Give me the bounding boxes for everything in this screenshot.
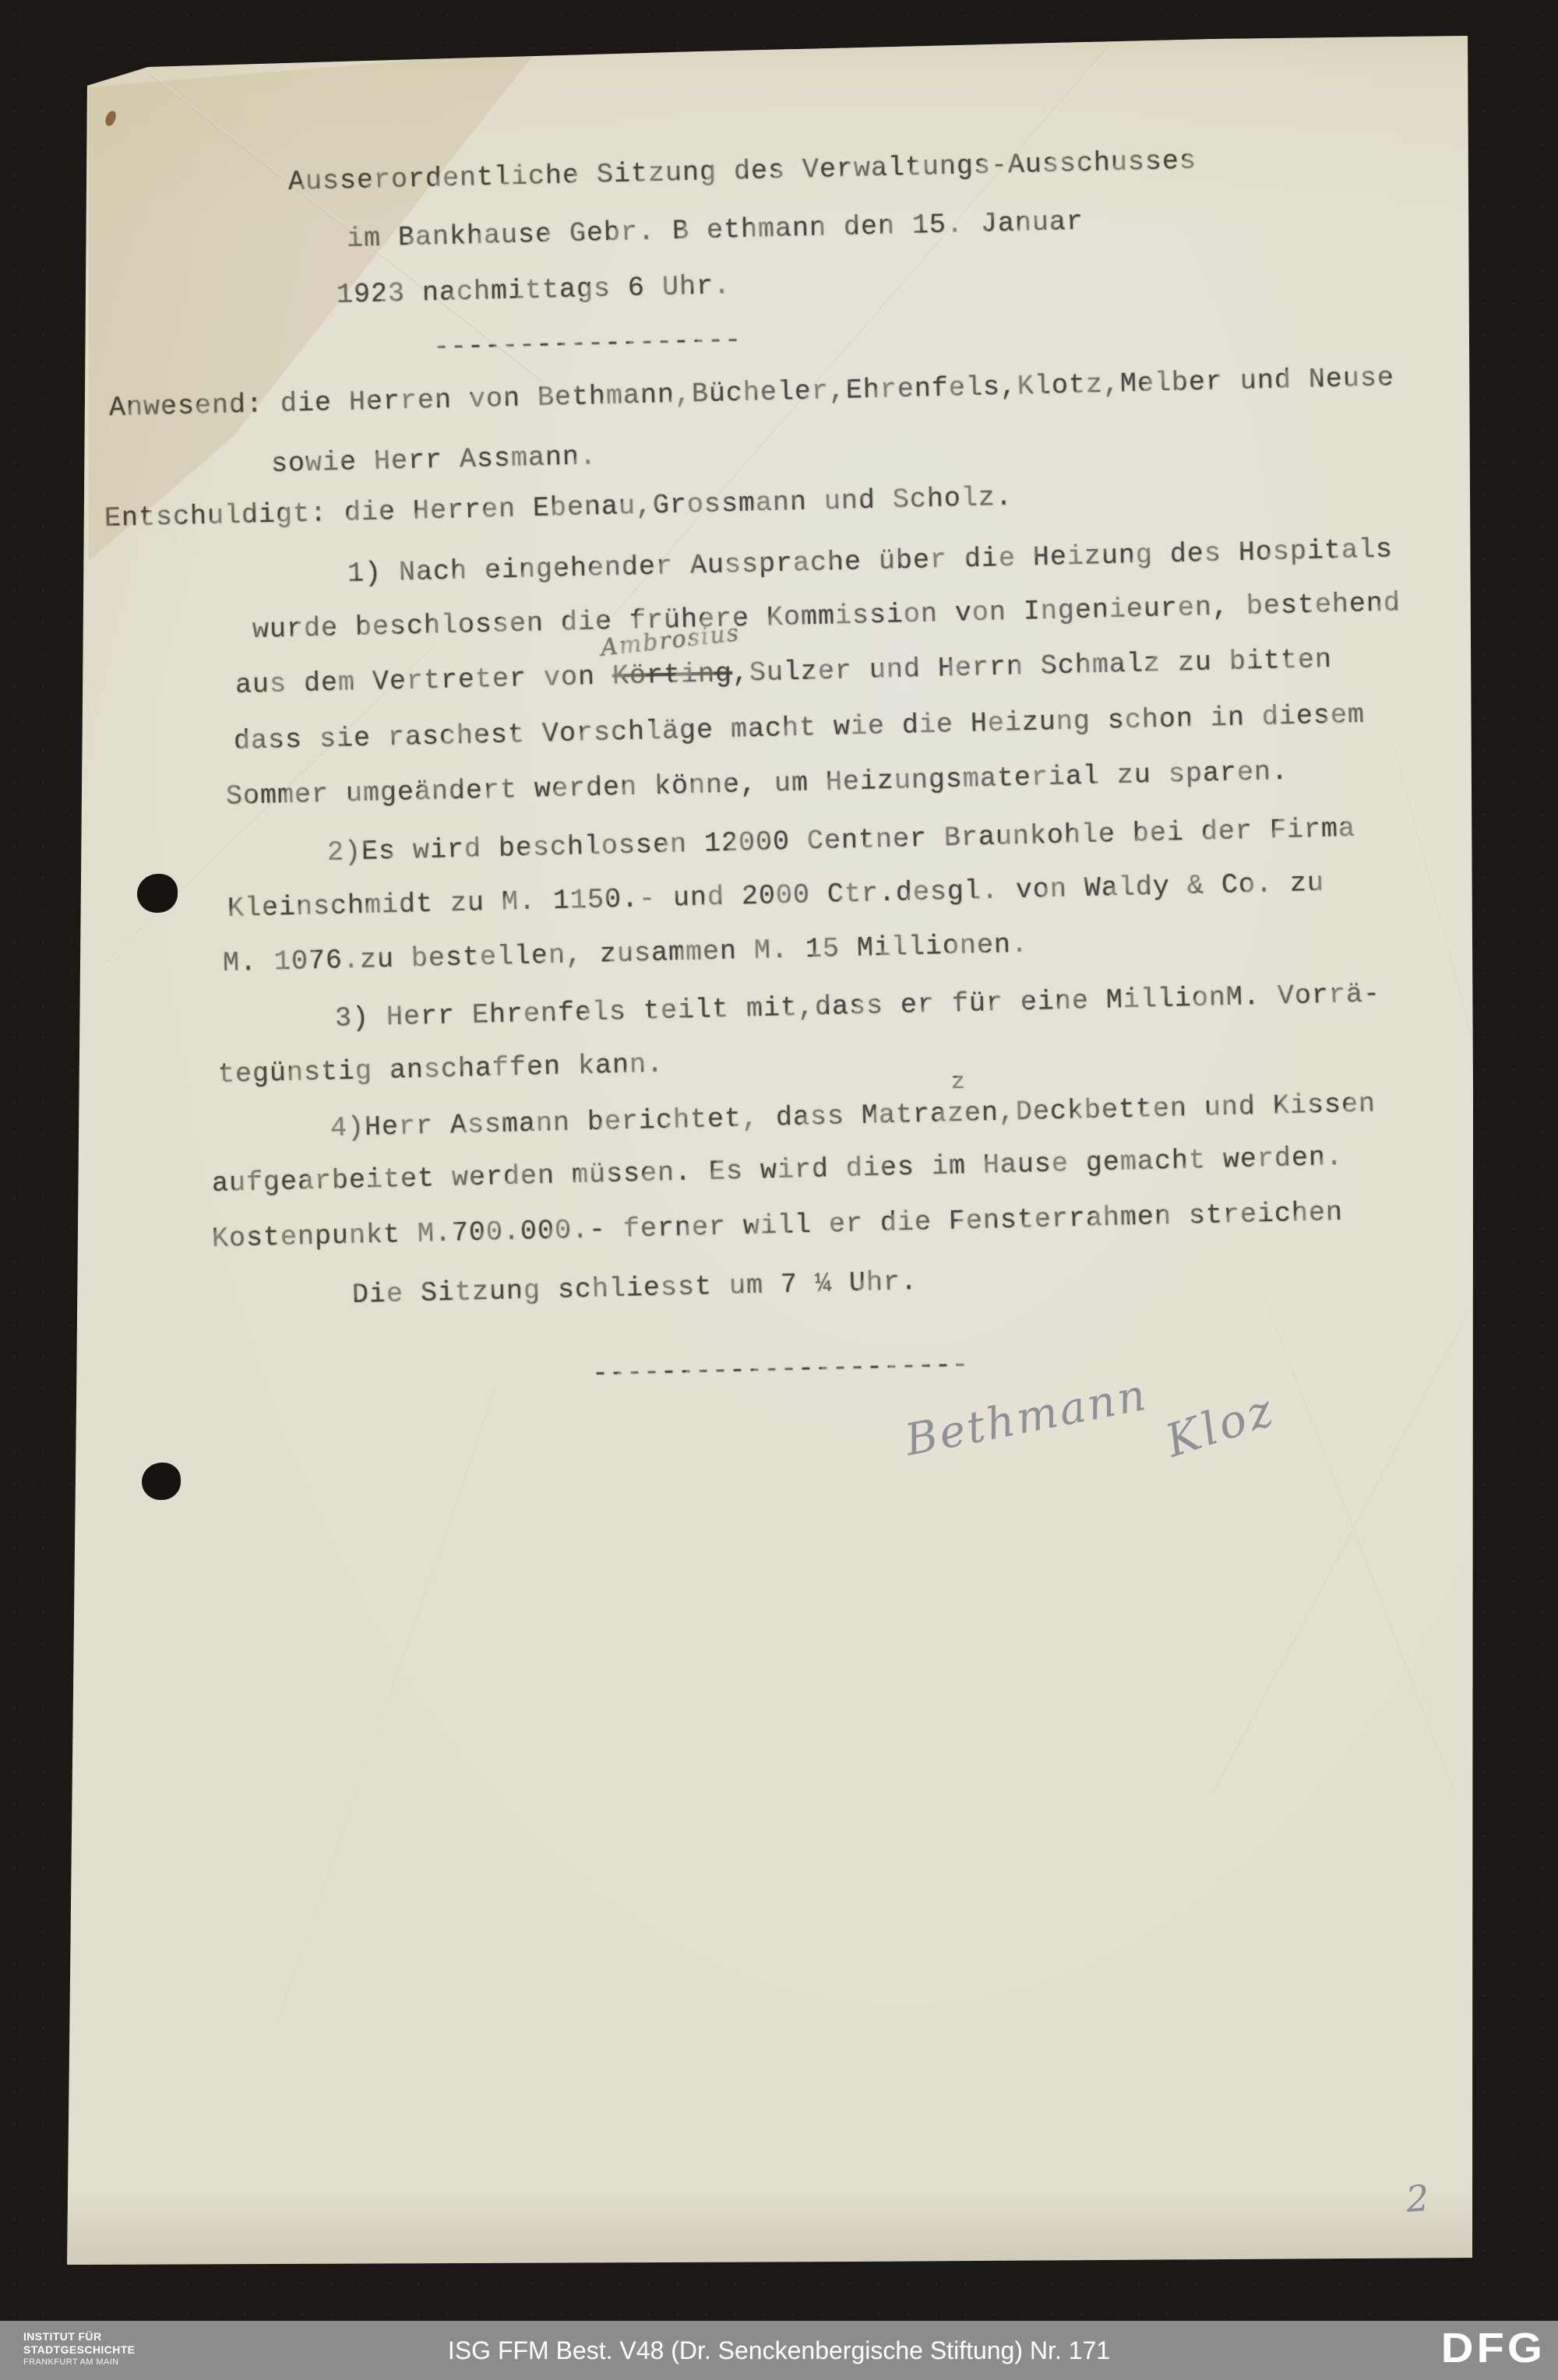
item4-line-1-text: 4)Herr Assmann berichtet, dass Matrazen,… (330, 1088, 1376, 1144)
item4-line-1: 4)Herr Assmann berichtet, dass Matrazen,… (330, 1086, 1376, 1146)
item2-line-1: 2)Es wird beschlossen 12000 Centner Brau… (326, 812, 1355, 870)
dfg-logo: DFG (1441, 2324, 1546, 2372)
document-page: Ausserordentliche Sitzung des Verwaltung… (0, 0, 1558, 2274)
divider-bottom: ---------------------- (591, 1348, 969, 1391)
punch-hole-top (137, 874, 178, 913)
item1-line-3-pre: aus dem Vertreter von (235, 661, 613, 701)
handwritten-page-number: 2 (1405, 2177, 1430, 2220)
item1-line-3-post: ,Sulzer und Herrn Schmalz zu bitten (731, 644, 1332, 689)
divider-top: ------------------ (432, 323, 742, 364)
item3-line-2: tegünstig anschaffen kann. (217, 1047, 664, 1092)
item1-line-4: dass sie raschest Vorschläge macht wie d… (233, 698, 1365, 759)
item4-line-2: aufgearbeitet werden müssen. Es wird die… (211, 1140, 1343, 1201)
heading-line-2: im Bankhause Gebr. B ethmann den 15. Jan… (346, 205, 1084, 256)
archive-caption: ISG FFM Best. V48 (Dr. Senckenbergische … (0, 2336, 1558, 2365)
heading-line-3: 1923 nachmittags 6 Uhr. (336, 269, 731, 312)
item1-line-5: Sommer umgeändert werden könne, um Heizu… (225, 755, 1288, 814)
item2-line-2: Kleinschmidt zu M. 1150.- und 2000 Ctr.d… (227, 866, 1324, 926)
struck-word-text: Körting (612, 658, 732, 692)
item1-line-1: 1) Nach eingehender Aussprache über die … (347, 532, 1393, 591)
scan-viewport: Ausserordentliche Sitzung des Verwaltung… (0, 0, 1558, 2380)
item1-line-3: aus dem Vertreter von KörtingAmbrosius,S… (234, 643, 1332, 702)
excused-line: Entschuldigt: die Herren Ebenau,Grossman… (104, 481, 1013, 536)
attendees-line-1: Anwesend: die Herren von Bethmann,Büchel… (108, 361, 1394, 425)
attendees-line-2: sowie Herr Assmann. (270, 439, 597, 481)
item4-line-3: Kostenpunkt M.700.000.- ferner will er d… (211, 1195, 1343, 1256)
heading-line-1: Ausserordentliche Sitzung des Verwaltung… (287, 144, 1197, 199)
typewritten-text: Ausserordentliche Sitzung des Verwaltung… (0, 0, 1558, 2274)
item2-line-3: M. 1076.zu bestellen, zusammen M. 15 Mil… (222, 928, 1028, 981)
handwritten-z: z (950, 1065, 967, 1100)
closing-line: Die Sitzung schliesst um 7 ¼ Uhr. (351, 1265, 918, 1312)
struck-word: KörtingAmbrosius (612, 658, 732, 692)
footer-bar: INSTITUT FÜR STADTGESCHICHTE FRANKFURT A… (0, 2321, 1558, 2380)
item3-line-1: 3) Herr Ehrenfels teilt mit,dass er für … (334, 977, 1380, 1036)
punch-hole-bottom (142, 1463, 181, 1500)
item1-line-2: wurde beschlossen die frühere Kommission… (252, 586, 1401, 647)
